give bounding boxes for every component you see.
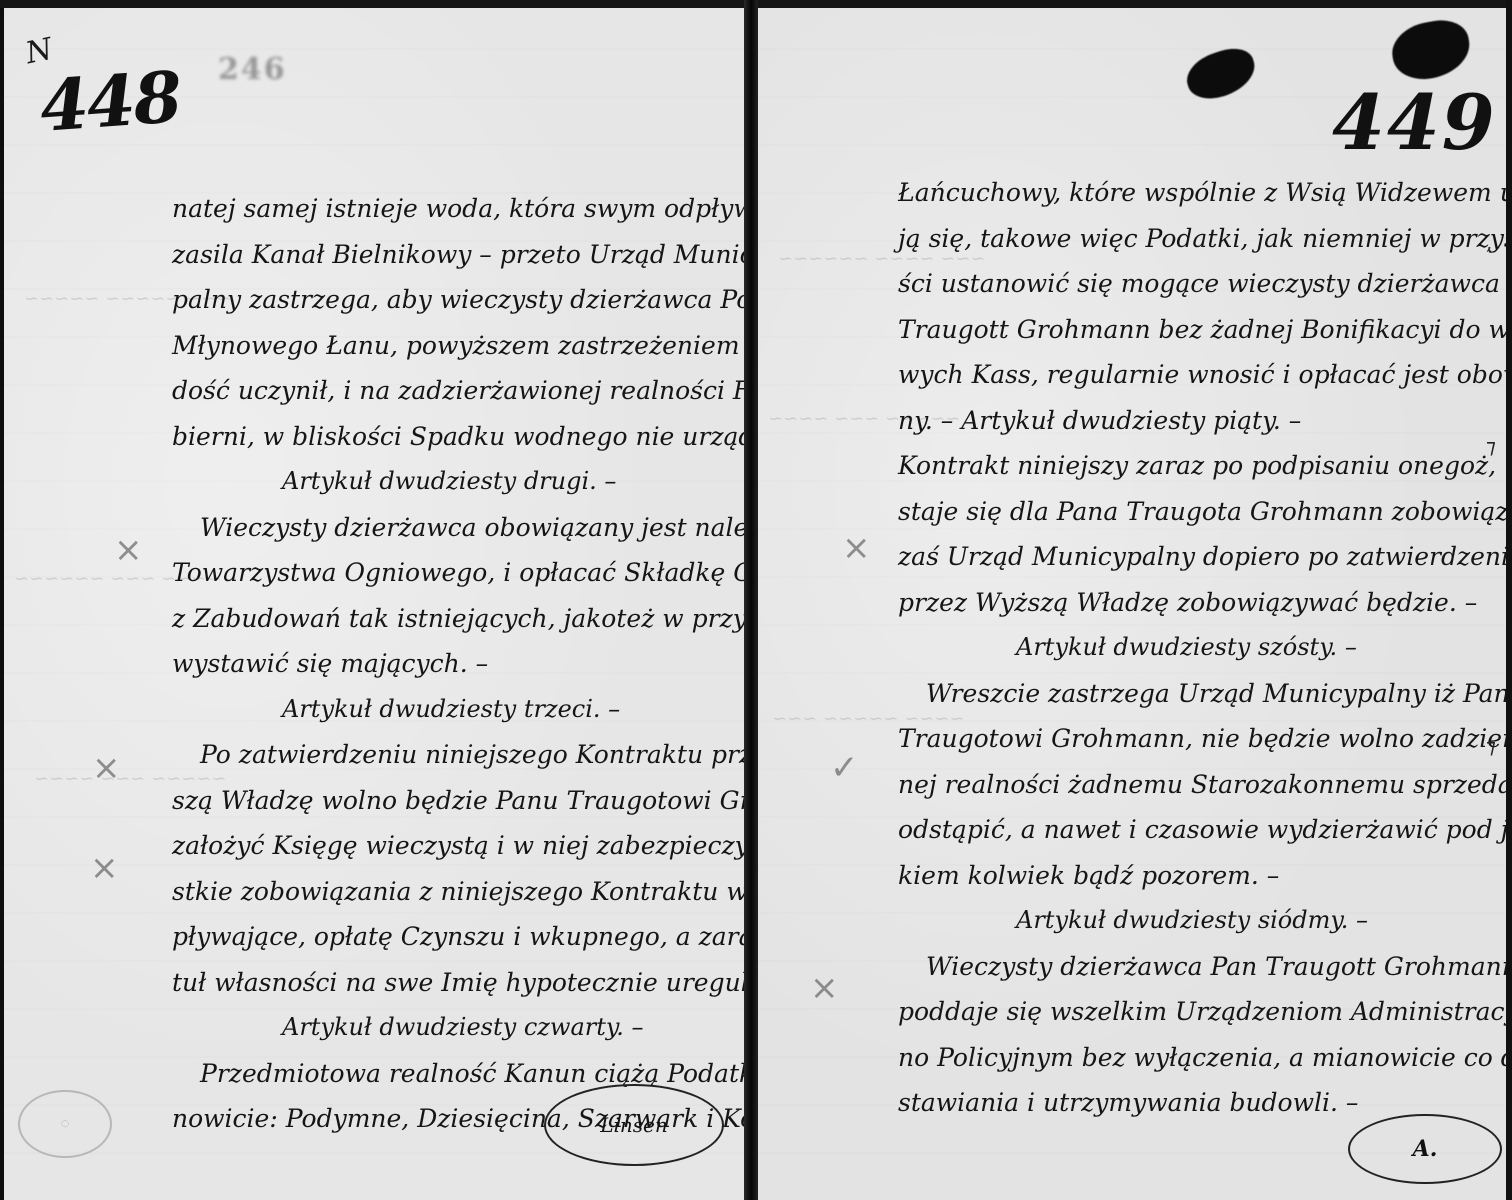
text-line: założyć Księgę wieczystą i w niej zabezp… [172, 823, 742, 869]
crossed-out-number-scribble [1181, 42, 1261, 105]
text-line: Towarzystwa Ogniowego, i opłacać Składkę… [172, 550, 742, 596]
text-line: Traugott Grohmann bez żadnej Bonifikacyi… [898, 307, 1498, 353]
article-heading: Artykuł dwudziesty czwarty. – [172, 1005, 742, 1051]
text-line: Wieczysty dzierżawca obowiązany jest nal… [172, 505, 742, 551]
text-line: ści ustanowić się mogące wieczysty dzier… [898, 261, 1498, 307]
signature-text: Linsen [600, 1113, 668, 1137]
article-heading: Artykuł dwudziesty siódmy. – [898, 898, 1498, 944]
margin-cross-mark: × [842, 528, 871, 568]
right-page-text: Łańcuchowy, które wspólnie z Wsią Widzew… [898, 170, 1498, 1126]
text-line: odstąpić, a nawet i czasowie wydzierżawi… [898, 807, 1498, 853]
margin-tick: ⁊ [1486, 734, 1496, 758]
faded-old-folio-number: 246 [218, 52, 287, 87]
text-line: z Zabudowań tak istniejących, jakoteż w … [172, 596, 742, 642]
folio-number-left: 448 [37, 55, 183, 148]
ink-blot-scribble [1388, 16, 1475, 85]
signature-oval-left: Linsen [544, 1084, 724, 1166]
text-line: nej realności żadnemu Starozakonnemu spr… [898, 762, 1498, 808]
text-line: bierni, w bliskości Spadku wodnego nie u… [172, 414, 742, 460]
text-line: Kontrakt niniejszy zaraz po podpisaniu o… [898, 443, 1498, 489]
text-line: Młynowego Łanu, powyższem zastrzeżeniem … [172, 323, 742, 369]
text-line: Traugotowi Grohmann, nie będzie wolno za… [898, 716, 1498, 762]
text-line: kiem kolwiek bądź pozorem. – [898, 853, 1498, 899]
text-line: zaś Urząd Municypalny dopiero po zatwier… [898, 534, 1498, 580]
text-line: Łańcuchowy, które wspólnie z Wsią Widzew… [898, 170, 1498, 216]
scan-right-edge [1506, 0, 1512, 1200]
text-line: szą Władzę wolno będzie Panu Traugotowi … [172, 778, 742, 824]
text-line: palny zastrzega, aby wieczysty dzierżawc… [172, 277, 742, 323]
text-line: tuł własności na swe Imię hypotecznie ur… [172, 960, 742, 1006]
text-line: natej samej istnieje woda, która swym od… [172, 186, 742, 232]
text-line: wystawić się mających. – [172, 641, 742, 687]
faded-seal-stamp: ◌ [18, 1090, 112, 1158]
book-gutter [744, 0, 758, 1200]
text-line: ją się, takowe więc Podatki, jak niemnie… [898, 216, 1498, 262]
text-line: Po zatwierdzeniu niniejszego Kontraktu p… [172, 732, 742, 778]
left-page: ~~~ ~~~~~ ~~~~~ ~~~~ ~~~ ~~~~~~ ~~~~~ ~~… [4, 8, 744, 1200]
text-line: poddaje się wszelkim Urządzeniom Adminis… [898, 989, 1498, 1035]
left-page-text: natej samej istnieje woda, która swym od… [172, 186, 742, 1142]
text-line: zasila Kanał Bielnikowy – przeto Urząd M… [172, 232, 742, 278]
margin-check-mark: ✓ [830, 748, 859, 788]
margin-cross-mark: × [810, 968, 839, 1008]
article-heading: Artykuł dwudziesty szósty. – [898, 625, 1498, 671]
signature-text: A. [1413, 1136, 1438, 1162]
manuscript-spread: ~~~ ~~~~~ ~~~~~ ~~~~ ~~~ ~~~~~~ ~~~~~ ~~… [0, 0, 1512, 1200]
text-line: no Policyjnym bez wyłączenia, a mianowic… [898, 1035, 1498, 1081]
right-page: ~~~ ~~~~ ~~~~~~ ~~~~~ ~~~ ~~~~ ~~~~ ~~~~… [758, 8, 1508, 1200]
margin-cross-mark: × [90, 848, 119, 888]
margin-cross-mark: × [92, 748, 121, 788]
text-line: staje się dla Pana Traugota Grohmann zob… [898, 489, 1498, 535]
article-heading: Artykuł dwudziesty drugi. – [172, 459, 742, 505]
text-line: wych Kass, regularnie wnosić i opłacać j… [898, 352, 1498, 398]
margin-tick: ⁊ [1486, 434, 1496, 458]
article-heading: Artykuł dwudziesty trzeci. – [172, 687, 742, 733]
text-line: dość uczynił, i na zadzierżawionej realn… [172, 368, 742, 414]
signature-oval-right: A. [1348, 1114, 1502, 1184]
margin-tick: , [1486, 230, 1492, 254]
text-line: przez Wyższą Władzę zobowiązywać będzie.… [898, 580, 1498, 626]
margin-cross-mark: × [114, 530, 143, 570]
text-line: pływające, opłatę Czynszu i wkupnego, a … [172, 914, 742, 960]
text-line: Wieczysty dzierżawca Pan Traugott Grohma… [898, 944, 1498, 990]
text-line: stkie zobowiązania z niniejszego Kontrak… [172, 869, 742, 915]
text-line: Wreszcie zastrzega Urząd Municypalny iż … [898, 671, 1498, 717]
text-line: ny. – Artykuł dwudziesty piąty. – [898, 398, 1498, 444]
folio-number-right: 449 [1332, 78, 1497, 167]
